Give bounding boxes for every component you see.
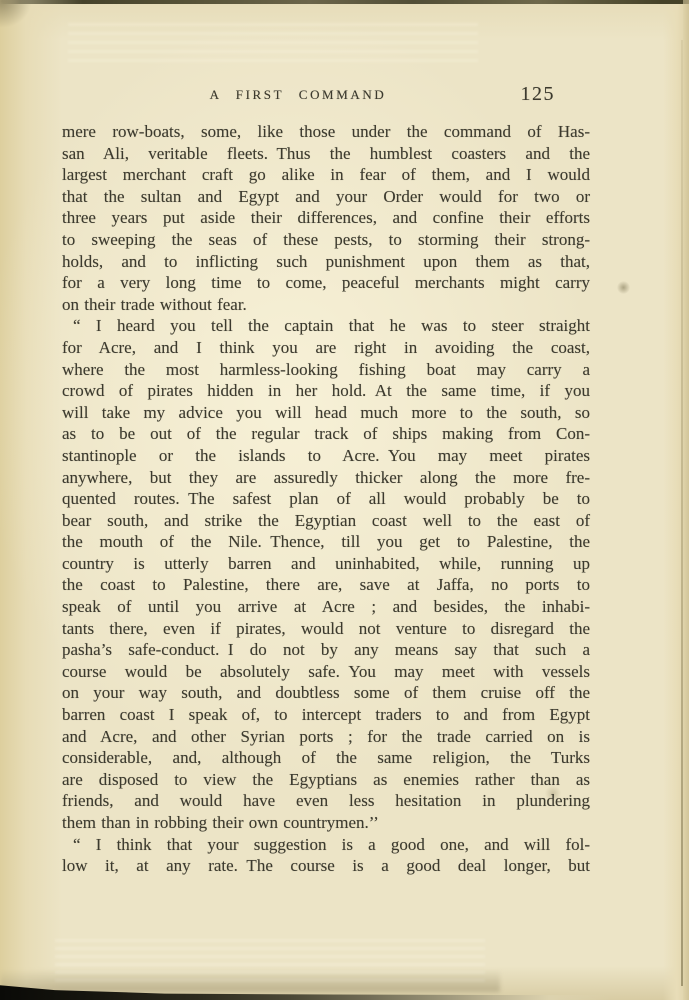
body-text: mere row-boats, some, like those under t… [62, 121, 590, 877]
text-line: that the sultan and Egypt and your Order… [62, 186, 590, 208]
book-page-scan: A FIRST COMMAND 125 mere row-boats, some… [0, 0, 689, 1000]
text-line: where the most harmless-looking fishing … [62, 359, 590, 381]
text-line: holds, and to inflicting such punishment… [62, 251, 590, 273]
bottom-edge-shadow [0, 984, 610, 1000]
top-left-corner-smudge [0, 0, 32, 28]
text-line: stantinople or the islands to Acre. You … [62, 445, 590, 467]
text-line: for Acre, and I think you are right in a… [62, 337, 590, 359]
text-line: “ I think that your suggestion is a good… [62, 834, 590, 856]
text-line: will take my advice you will head much m… [62, 402, 590, 424]
text-line: pasha’s safe-conduct. I do not by any me… [62, 639, 590, 661]
text-line: the mouth of the Nile. Thence, till you … [62, 531, 590, 553]
foxing-spot [617, 281, 630, 294]
text-line: them than in robbing their own countryme… [62, 812, 590, 834]
text-line: “ I heard you tell the captain that he w… [62, 315, 590, 337]
page-top-edge-shadow [0, 0, 689, 4]
text-line: largest merchant craft go alike in fear … [62, 164, 590, 186]
text-line: bear south, and strike the Egyptian coas… [62, 510, 590, 532]
text-line: for a very long time to come, peaceful m… [62, 272, 590, 294]
text-line: considerable, and, although of the same … [62, 747, 590, 769]
text-line: course would be absolutely safe. You may… [62, 661, 590, 683]
text-line: on their trade without fear. [62, 294, 590, 316]
text-line: anywhere, but they are assuredly thicker… [62, 467, 590, 489]
text-line: three years put aside their differences,… [62, 207, 590, 229]
text-line: are disposed to view the Egyptians as en… [62, 769, 590, 791]
text-line: low it, at any rate. The course is a goo… [62, 855, 590, 877]
text-line: friends, and would have even less hesita… [62, 790, 590, 812]
text-line: quented routes. The safest plan of all w… [62, 488, 590, 510]
text-line: country is utterly barren and uninhabite… [62, 553, 590, 575]
paragraph: “ I think that your suggestion is a good… [62, 834, 590, 877]
text-line: on your way south, and doubtless some of… [62, 682, 590, 704]
paragraph: mere row-boats, some, like those under t… [62, 121, 590, 315]
bottom-edge-soft-shadow [0, 966, 500, 992]
right-page-edge-line [681, 40, 683, 986]
scan-streaks-bottom [55, 934, 485, 982]
text-line: the coast to Palestine, there are, save … [62, 574, 590, 596]
text-line: crowd of pirates hidden in her hold. At … [62, 380, 590, 402]
page-number: 125 [521, 83, 556, 106]
text-line: as to be out of the regular track of shi… [62, 423, 590, 445]
text-line: tants there, even if pirates, would not … [62, 618, 590, 640]
text-line: barren coast I speak of, to intercept tr… [62, 704, 590, 726]
text-line: speak of until you arrive at Acre ; and … [62, 596, 590, 618]
scan-streaks-top [68, 20, 478, 62]
running-head: A FIRST COMMAND 125 [62, 83, 590, 107]
paragraph: “ I heard you tell the captain that he w… [62, 315, 590, 833]
right-page-edge [683, 0, 689, 1000]
text-line: and Acre, and other Syrian ports ; for t… [62, 726, 590, 748]
text-line: mere row-boats, some, like those under t… [62, 121, 590, 143]
text-line: san Ali, veritable fleets. Thus the humb… [62, 143, 590, 165]
running-header-title: A FIRST COMMAND [62, 87, 534, 103]
text-line: to sweeping the seas of these pests, to … [62, 229, 590, 251]
